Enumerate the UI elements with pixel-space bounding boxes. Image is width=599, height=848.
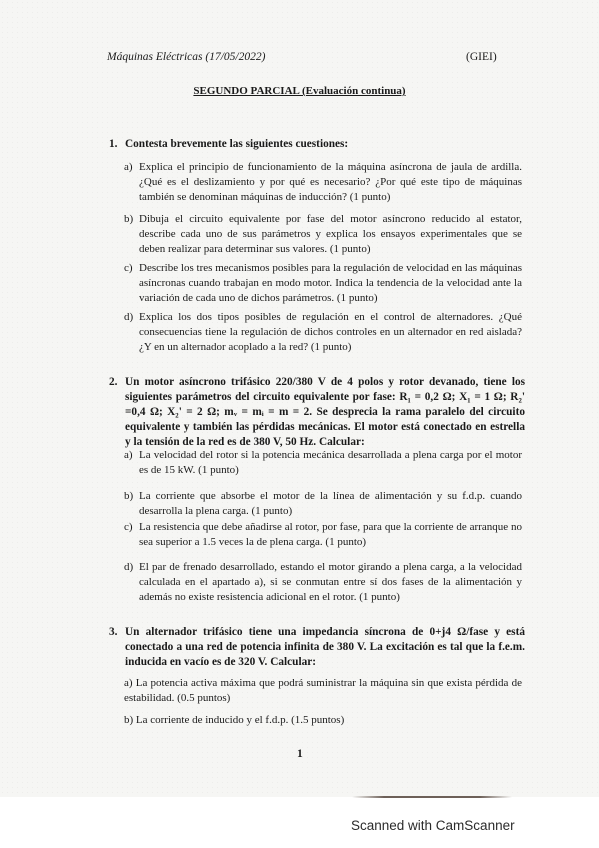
item-label: d) [124, 560, 133, 575]
question-1-item-c: c) Describe los tres mecanismos posibles… [124, 261, 522, 306]
question-3-item-b: b) La corriente de inducido y el f.d.p. … [124, 713, 522, 728]
question-number: 1. [109, 137, 117, 152]
question-3-item-a: a) La potencia activa máxima que podrá s… [124, 676, 522, 706]
page-bottom-edge [352, 796, 512, 798]
item-label: a) [124, 448, 133, 463]
item-text: El par de frenado desarrollado, estando … [139, 560, 522, 605]
page-number: 1 [297, 748, 303, 760]
question-2-item-d: d) El par de frenado desarrollado, estan… [124, 560, 522, 605]
item-text: La velocidad del rotor si la potencia me… [139, 448, 522, 478]
question-1-item-b: b) Dibuja el circuito equivalente por fa… [124, 212, 522, 257]
question-number: 2. [109, 375, 117, 390]
question-2-item-c: c) La resistencia que debe añadirse al r… [124, 520, 522, 550]
item-label: b) [124, 212, 133, 227]
question-2-item-a: a) La velocidad del rotor si la potencia… [124, 448, 522, 478]
item-text: La corriente que absorbe el motor de la … [139, 489, 522, 519]
question-stem: Un alternador trifásico tiene una impeda… [125, 625, 525, 670]
item-text: a) La potencia activa máxima que podrá s… [124, 676, 522, 706]
course-header: Máquinas Eléctricas (17/05/2022) [107, 51, 265, 63]
question-2-item-b: b) La corriente que absorbe el motor de … [124, 489, 522, 519]
item-text: Explica los dos tipos posibles de regula… [139, 310, 522, 355]
question-1-item-d: d) Explica los dos tipos posibles de reg… [124, 310, 522, 355]
item-label: c) [124, 261, 133, 276]
question-1: 1. Contesta brevemente las siguientes cu… [109, 137, 525, 152]
item-text: Dibuja el circuito equivalente por fase … [139, 212, 522, 257]
exam-title: SEGUNDO PARCIAL (Evaluación continua) [0, 85, 599, 97]
scanned-page: Máquinas Eléctricas (17/05/2022) (GIEI) … [0, 0, 599, 797]
item-text: Explica el principio de funcionamiento d… [139, 160, 522, 205]
item-label: c) [124, 520, 133, 535]
question-2: 2. Un motor asíncrono trifásico 220/380 … [109, 375, 525, 450]
question-stem: Contesta brevemente las siguientes cuest… [125, 137, 525, 152]
question-1-item-a: a) Explica el principio de funcionamient… [124, 160, 522, 205]
item-label: d) [124, 310, 133, 325]
item-text: La resistencia que debe añadirse al roto… [139, 520, 522, 550]
item-text: b) La corriente de inducido y el f.d.p. … [124, 713, 522, 728]
degree-header: (GIEI) [466, 51, 497, 63]
item-text: Describe los tres mecanismos posibles pa… [139, 261, 522, 306]
item-label: a) [124, 160, 133, 175]
question-3: 3. Un alternador trifásico tiene una imp… [109, 625, 525, 670]
item-label: b) [124, 489, 133, 504]
question-number: 3. [109, 625, 117, 640]
question-stem: Un motor asíncrono trifásico 220/380 V d… [125, 375, 525, 450]
scanner-watermark: Scanned with CamScanner [351, 818, 515, 833]
